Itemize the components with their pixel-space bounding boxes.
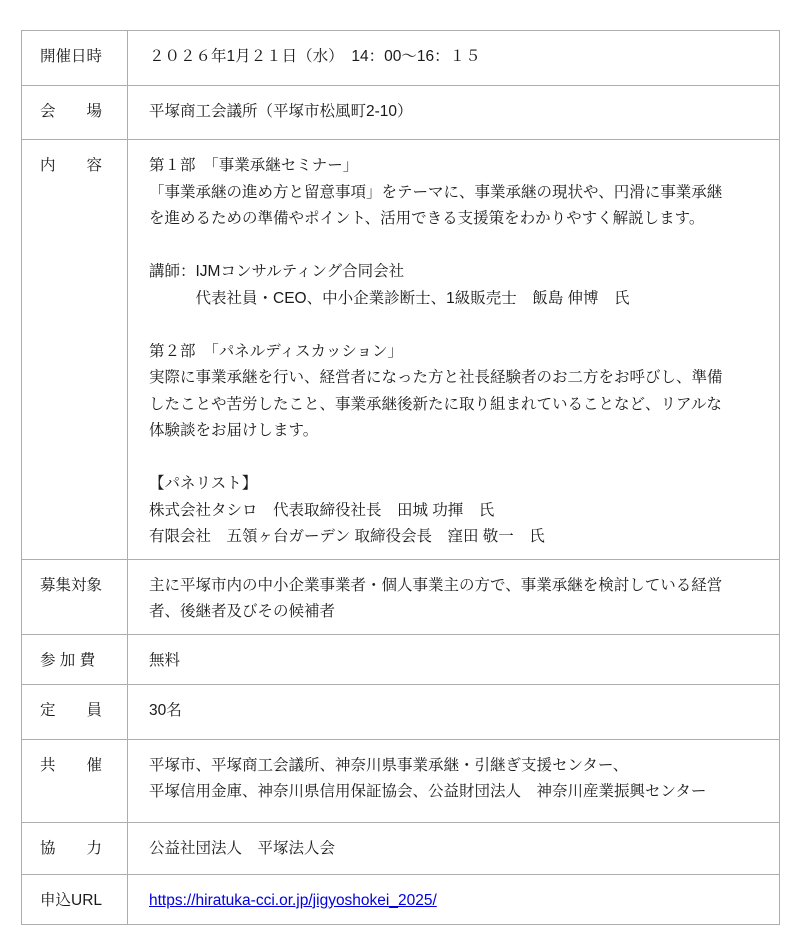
row-value-audience: 主に平塚市内の中小企業事業者・個人事業主の方で、事業承継を検討している経営 者、… xyxy=(128,559,780,634)
row-application-url: 申込URL https://hiratuka-cci.or.jp/jigyosh… xyxy=(22,874,780,924)
row-value-fee: 無料 xyxy=(128,634,780,684)
row-header-cohosts: 共 催 xyxy=(22,739,128,822)
row-cohosts: 共 催 平塚市、平塚商工会議所、神奈川県事業承継・引継ぎ支援センター、 平塚信用… xyxy=(22,739,780,822)
row-content: 内 容 第１部 「事業承継セミナー」 「事業承継の進め方と留意事項」をテーマに、… xyxy=(22,140,780,560)
row-header-venue: 会 場 xyxy=(22,86,128,140)
row-value-cooperation: 公益社団法人 平塚法人会 xyxy=(128,822,780,874)
row-header-fee: 参 加 費 xyxy=(22,634,128,684)
row-value-datetime: ２０２６年1月２１日（水） 14：00～16：１５ xyxy=(128,31,780,86)
row-header-audience: 募集対象 xyxy=(22,559,128,634)
row-audience: 募集対象 主に平塚市内の中小企業事業者・個人事業主の方で、事業承継を検討している… xyxy=(22,559,780,634)
row-header-content: 内 容 xyxy=(22,140,128,560)
row-header-capacity: 定 員 xyxy=(22,684,128,739)
row-value-capacity: 30名 xyxy=(128,684,780,739)
row-cooperation: 協 力 公益社団法人 平塚法人会 xyxy=(22,822,780,874)
event-details-table: 開催日時 ２０２６年1月２１日（水） 14：00～16：１５ 会 場 平塚商工会… xyxy=(21,30,780,925)
page: 開催日時 ２０２６年1月２１日（水） 14：00～16：１５ 会 場 平塚商工会… xyxy=(0,0,800,947)
row-capacity: 定 員 30名 xyxy=(22,684,780,739)
row-value-content: 第１部 「事業承継セミナー」 「事業承継の進め方と留意事項」をテーマに、事業承継… xyxy=(128,140,780,560)
row-venue: 会 場 平塚商工会議所（平塚市松風町2-10） xyxy=(22,86,780,140)
row-header-application-url: 申込URL xyxy=(22,874,128,924)
row-value-cohosts: 平塚市、平塚商工会議所、神奈川県事業承継・引継ぎ支援センター、 平塚信用金庫、神… xyxy=(128,739,780,822)
row-datetime: 開催日時 ２０２６年1月２１日（水） 14：00～16：１５ xyxy=(22,31,780,86)
row-value-application-url: https://hiratuka-cci.or.jp/jigyoshokei_2… xyxy=(128,874,780,924)
row-header-cooperation: 協 力 xyxy=(22,822,128,874)
application-url-link[interactable]: https://hiratuka-cci.or.jp/jigyoshokei_2… xyxy=(149,892,437,909)
row-value-venue: 平塚商工会議所（平塚市松風町2-10） xyxy=(128,86,780,140)
row-header-datetime: 開催日時 xyxy=(22,31,128,86)
event-details-table-wrap: 開催日時 ２０２６年1月２１日（水） 14：00～16：１５ 会 場 平塚商工会… xyxy=(21,30,780,925)
row-fee: 参 加 費 無料 xyxy=(22,634,780,684)
